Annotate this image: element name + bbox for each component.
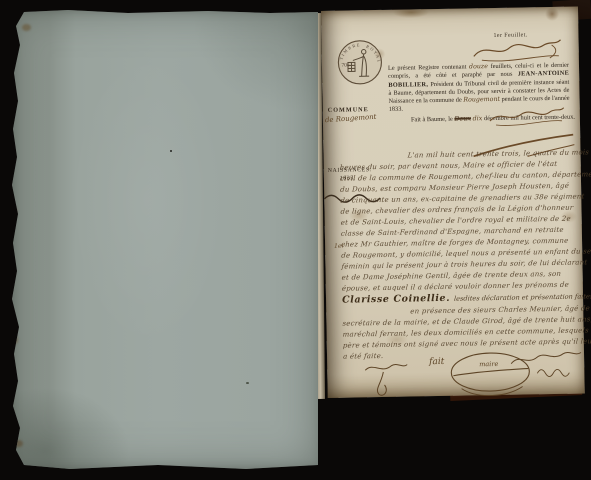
signature-witness-left [361,360,410,404]
handwritten-folio-count: douze [469,63,488,70]
stain [14,440,23,447]
birth-act-body: L'an mil huit cent trente trois, le quat… [339,148,581,363]
paragraph-text: Le présent Registre contenant [388,63,469,71]
date-text: Fait à Baume, le [411,116,455,124]
left-cover-page [8,10,318,469]
name-line-rest: lesdites déclaration et présentation fai… [454,292,591,302]
signature-president-mid [488,105,566,133]
commune-name-handwritten: de Rougemont [325,113,377,125]
stain [22,24,31,31]
stain [12,336,18,344]
struck-handwritten-day: Deux [454,114,471,122]
svg-text:maire: maire [479,360,498,368]
scanned-register-spread: TIMBRE ROYAL 70c 1er Feuillet. [0,0,591,480]
timbre-royal-stamp-icon: TIMBRE ROYAL 70c [334,36,385,94]
signature-witness-right [509,348,584,386]
handwritten-fait: fait [429,357,444,367]
speck [246,382,249,384]
act-lines-before: L'an mil huit cent trente trois, le quat… [339,148,579,295]
child-name: Clarisse Coinellie. [342,293,450,306]
stain [10,206,17,216]
sheen [68,50,228,350]
register-page: TIMBRE ROYAL 70c 1er Feuillet. [321,7,585,398]
handwritten-commune-blank: Rougemont [463,96,500,104]
